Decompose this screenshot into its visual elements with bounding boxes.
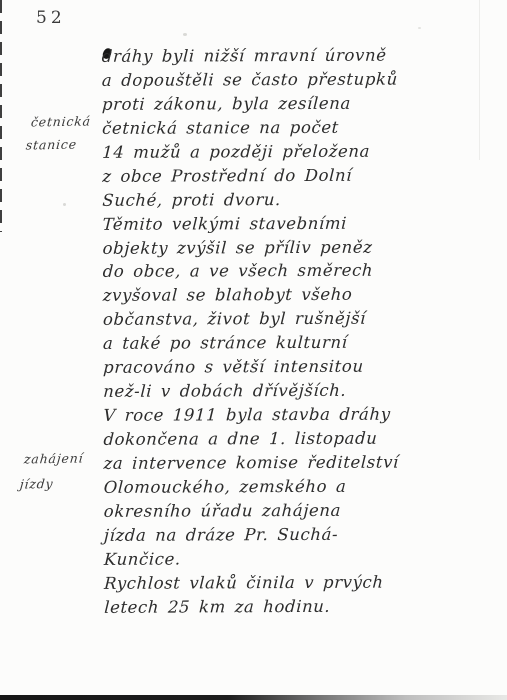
handwriting-body: dráhy byli nižší mravní úrovněa dopouště…: [102, 43, 495, 619]
handwritten-line: jízda na dráze Pr. Suchá-: [103, 522, 494, 548]
handwritten-line: četnická stanice na počet: [102, 115, 493, 141]
handwritten-line: dokončena a dne 1. listopadu: [103, 426, 494, 452]
handwritten-line: a také po stránce kulturní: [102, 330, 493, 356]
handwritten-line: než-li v dobách dřívějších.: [103, 378, 494, 404]
handwritten-line: a dopouštěli se často přestupků: [101, 67, 492, 93]
handwritten-line: pracováno s větší intensitou: [103, 354, 494, 380]
scanned-manuscript-page: 52 četnickástanice zahájeníjízdy dráhy b…: [0, 0, 507, 700]
handwritten-line: do obce, a ve všech směrech: [102, 259, 493, 285]
handwritten-line: za intervence komise ředitelství: [103, 450, 494, 476]
handwritten-line: zvyšoval se blahobyt všeho: [102, 283, 493, 309]
scan-speckle: [183, 33, 187, 36]
scan-bottom-edge-artifact: [0, 695, 507, 700]
margin-note-line: zahájení: [21, 445, 85, 471]
handwritten-line: proti zákonu, byla zesílena: [101, 91, 492, 117]
scan-speckle: [418, 27, 421, 29]
margin-note-line: jízdy: [19, 470, 83, 496]
handwritten-line: dráhy byli nižší mravní úrovně: [101, 43, 492, 69]
handwritten-line: Olomouckého, zemského a: [103, 474, 494, 500]
page-number: 52: [36, 8, 66, 28]
handwritten-line: Rychlost vlaků činila v prvých: [104, 570, 495, 596]
scan-speckle: [63, 203, 66, 206]
handwritten-line: občanstva, život byl rušnější: [102, 306, 493, 332]
scan-left-edge-artifact: [0, 0, 2, 232]
handwritten-line: Kunčice.: [103, 546, 494, 572]
margin-note-zahajeni-jizdy: zahájeníjízdy: [19, 445, 85, 496]
handwritten-line: objekty zvýšil se příliv peněz: [102, 235, 493, 261]
handwritten-line: V roce 1911 byla stavba dráhy: [103, 402, 494, 428]
handwritten-line: letech 25 km za hodinu.: [104, 594, 495, 620]
handwritten-line: 14 mužů a později přeložena: [102, 139, 493, 165]
margin-note-cetnicka-stanice: četnickástanice: [25, 109, 92, 156]
handwritten-line: Těmito velkými stavebními: [102, 211, 493, 237]
handwritten-line: okresního úřadu zahájena: [103, 498, 494, 524]
handwritten-line: Suché, proti dvoru.: [102, 187, 493, 213]
margin-note-line: stanice: [25, 132, 90, 156]
margin-note-line: četnická: [27, 109, 92, 133]
handwritten-line: z obce Prostřední do Dolní: [102, 163, 493, 189]
